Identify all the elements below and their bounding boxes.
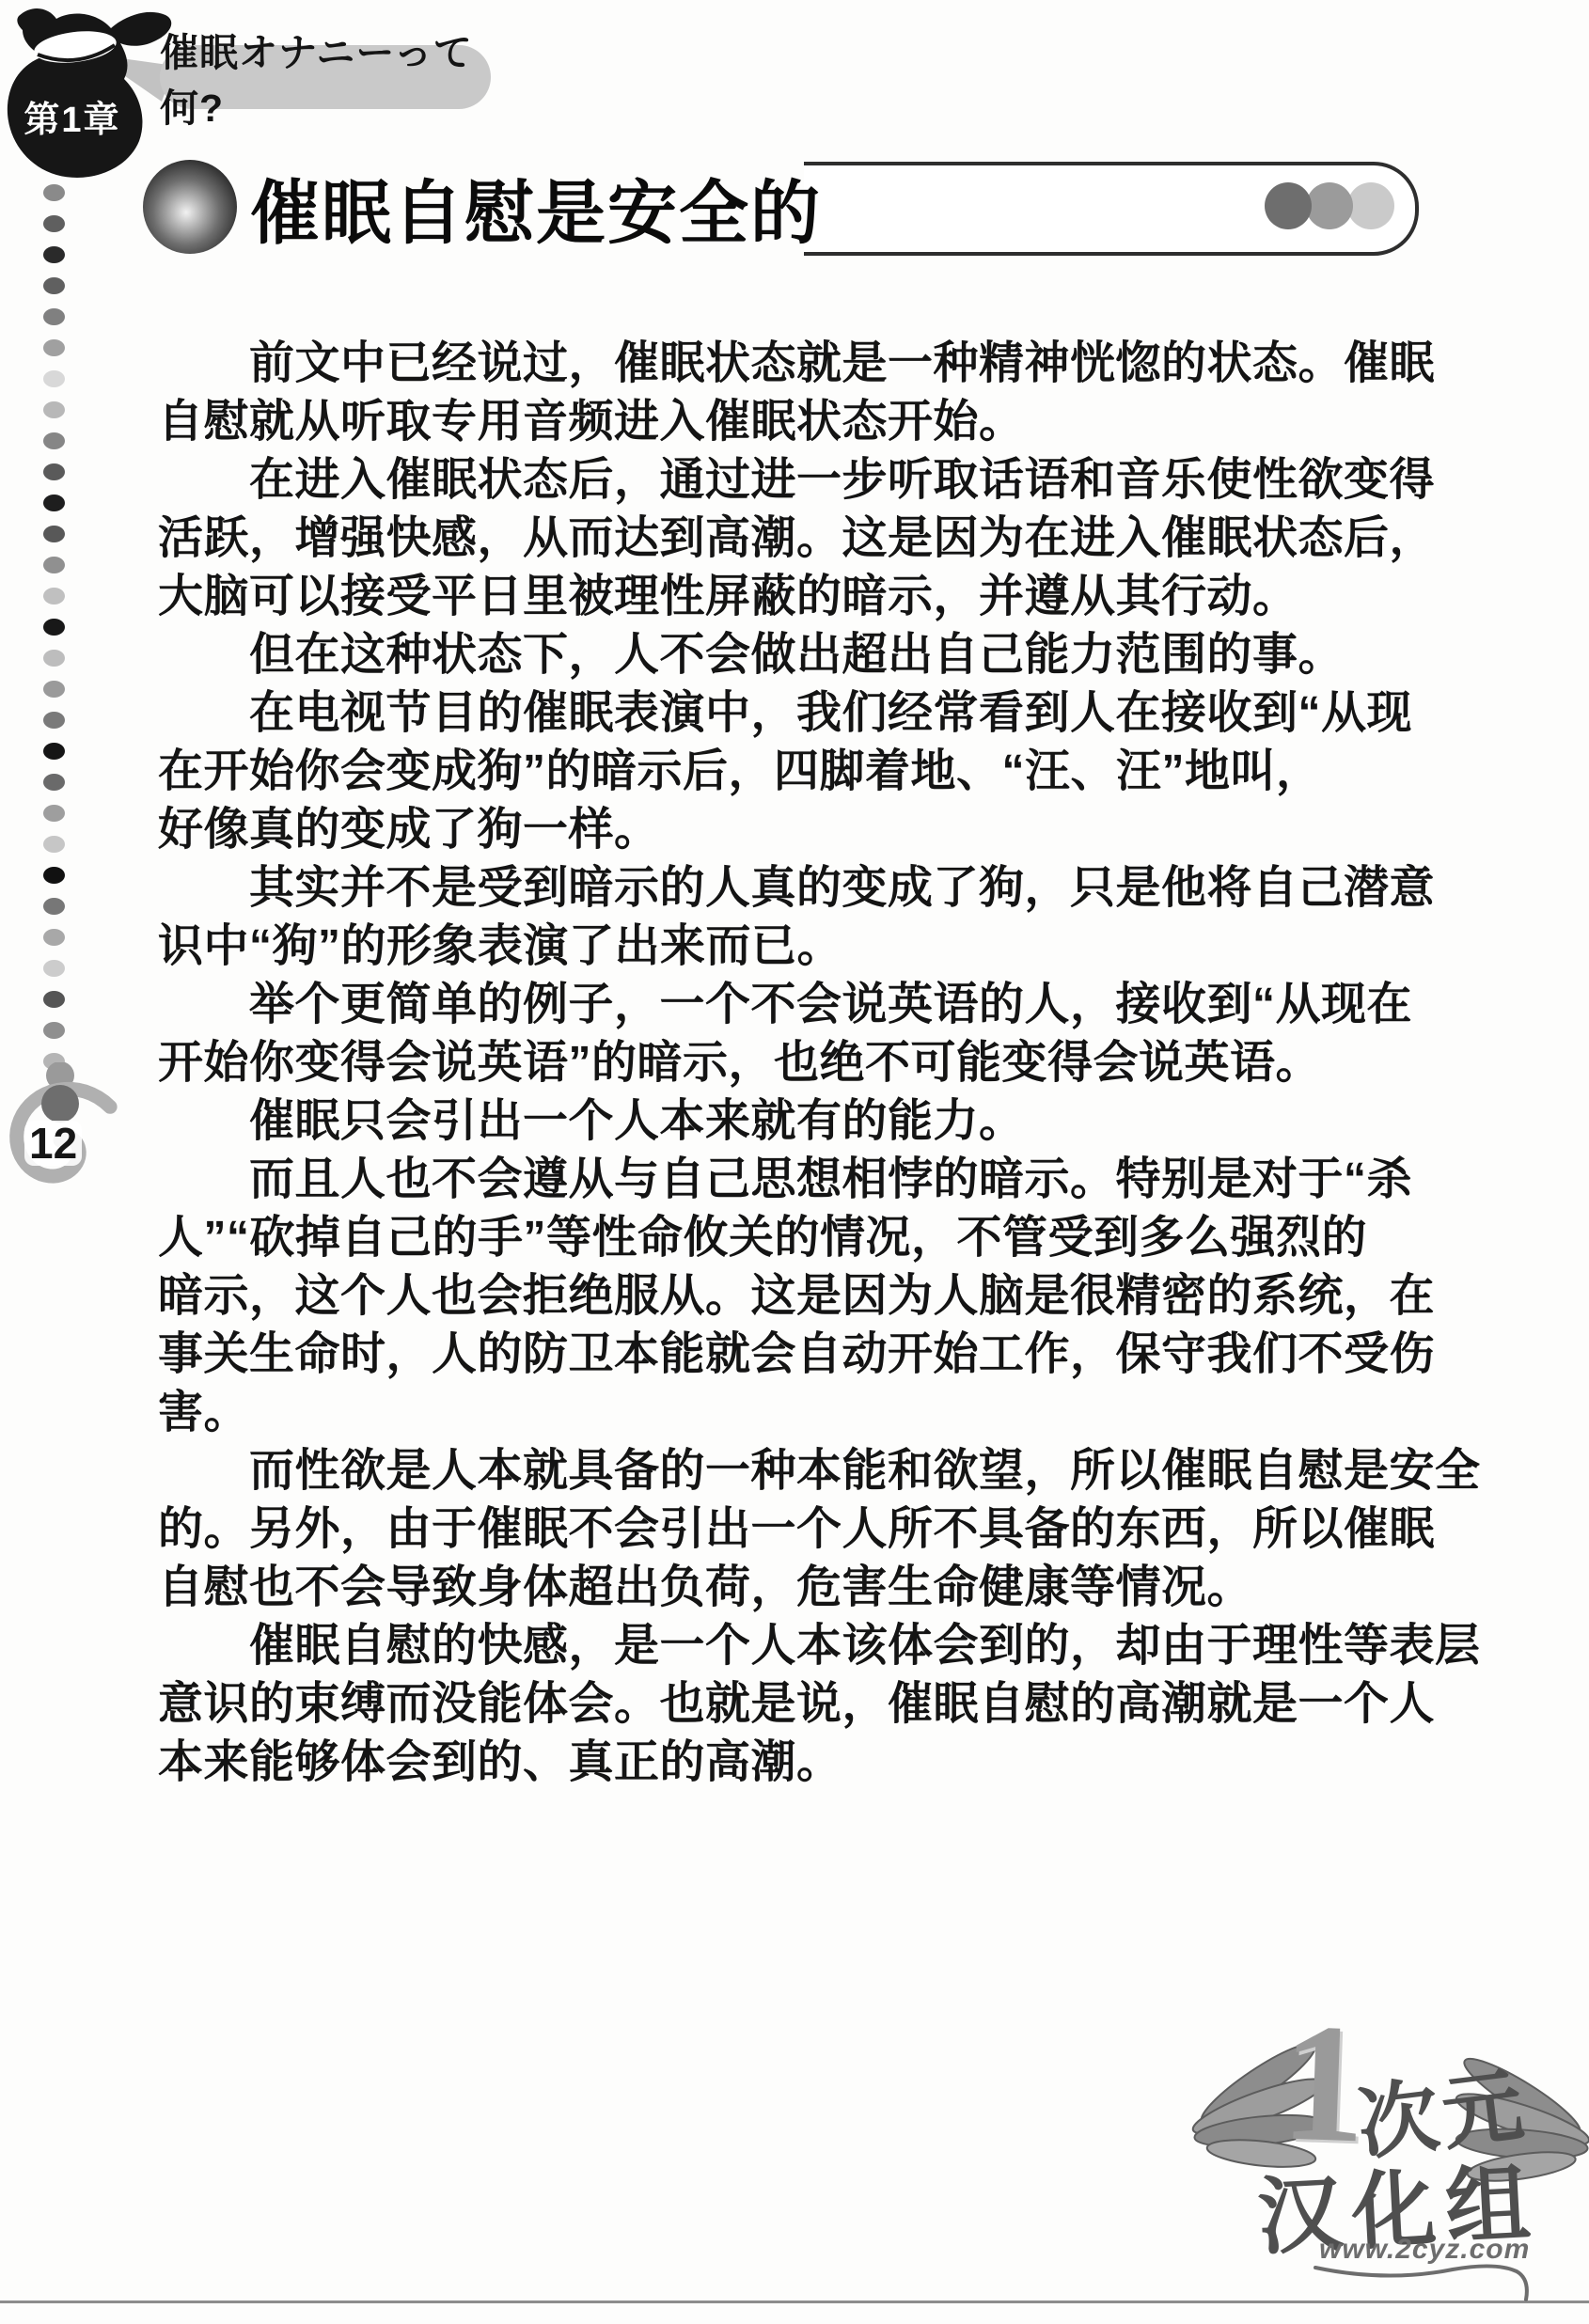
margin-dot — [43, 836, 65, 853]
body-line: 好像真的变成了狗一样。 — [158, 801, 1441, 859]
watermark-flourish — [1312, 2258, 1537, 2305]
body-line: 在电视节目的催眠表演中，我们经常看到人在接收到“从现 — [158, 684, 1441, 743]
margin-dot — [43, 215, 65, 232]
chapter-tab-label: 催眠オナニーって何? — [160, 22, 491, 133]
margin-dot — [43, 805, 65, 822]
body-line: 在开始你会变成狗”的暗示后，四脚着地、“汪、汪”地叫， — [158, 743, 1441, 801]
body-line: 大脑可以接受平日里被理性屏蔽的暗示，并遵从其行动。 — [158, 568, 1441, 626]
body-line: 前文中已经说过，催眠状态就是一种精神恍惚的状态。催眠 — [158, 335, 1441, 393]
scanlation-watermark: 1 次元 汉化组 www.2cyz.com — [1199, 2012, 1575, 2294]
margin-dot — [43, 557, 65, 573]
margin-dot — [43, 495, 65, 511]
body-line: 人”“砍掉自己的手”等性命攸关的情况，不管受到多么强烈的 — [158, 1209, 1441, 1267]
margin-dot — [43, 743, 65, 760]
margin-dot — [43, 681, 65, 698]
body-line: 举个更简单的例子，一个不会说英语的人，接收到“从现在 — [158, 976, 1441, 1034]
margin-dot — [43, 650, 65, 667]
body-line: 本来能够体会到的、真正的高潮。 — [158, 1734, 1441, 1792]
section-title: 催眠自慰是安全的 — [250, 158, 822, 258]
chapter-tab: 催眠オナニーって何? — [160, 45, 491, 109]
body-line: 催眠只会引出一个人本来就有的能力。 — [158, 1092, 1441, 1151]
margin-dot — [43, 184, 65, 201]
chapter-badge: 第1章 — [21, 90, 124, 142]
margin-dot — [43, 898, 65, 915]
body-line: 自慰也不会导致身体超出负荷，危害生命健康等情况。 — [158, 1559, 1441, 1617]
body-line: 在进入催眠状态后，通过进一步听取话语和音乐使性欲变得 — [158, 451, 1441, 510]
body-line: 开始你变得会说英语”的暗示，也绝不可能变得会说英语。 — [158, 1034, 1441, 1092]
margin-dot — [43, 588, 65, 605]
margin-dot — [43, 929, 65, 946]
body-line: 其实并不是受到暗示的人真的变成了狗，只是他将自己潜意 — [158, 859, 1441, 918]
margin-dot — [43, 960, 65, 977]
margin-dot — [43, 370, 65, 387]
capsule-dot — [1306, 182, 1353, 229]
body-line: 识中“狗”的形象表演了出来而已。 — [158, 918, 1441, 976]
body-line: 而性欲是人本就具备的一种本能和欲望，所以催眠自慰是安全 — [158, 1442, 1441, 1500]
body-line: 催眠自慰的快感，是一个人本该体会到的，却由于理性等表层 — [158, 1617, 1441, 1675]
spiral-top-dot — [41, 1085, 79, 1123]
body-line: 活跃，增强快感，从而达到高潮。这是因为在进入催眠状态后， — [158, 510, 1441, 568]
page-number: 12 — [24, 1121, 82, 1166]
margin-dot — [43, 401, 65, 418]
capsule-dot — [1265, 182, 1312, 229]
body-line: 但在这种状态下，人不会做出超出自己能力范围的事。 — [158, 626, 1441, 684]
margin-dot — [43, 308, 65, 325]
margin-dot — [43, 991, 65, 1008]
margin-dot — [43, 246, 65, 263]
margin-dot — [43, 526, 65, 542]
margin-dot — [43, 277, 65, 294]
margin-dot — [43, 774, 65, 791]
margin-dot — [43, 867, 65, 884]
body-line: 害。 — [158, 1384, 1441, 1442]
body-line: 而且人也不会遵从与自己思想相悖的暗示。特别是对于“杀 — [158, 1151, 1441, 1209]
body-line: 自慰就从听取专用音频进入催眠状态开始。 — [158, 393, 1441, 451]
bullet-sphere-icon — [143, 160, 237, 254]
margin-dot — [43, 1022, 65, 1039]
capsule-dot — [1347, 182, 1394, 229]
margin-dot — [43, 432, 65, 449]
body-line: 暗示，这个人也会拒绝服从。这是因为人脑是很精密的系统，在 — [158, 1267, 1441, 1326]
body-text: 前文中已经说过，催眠状态就是一种精神恍惚的状态。催眠自慰就从听取专用音频进入催眠… — [158, 335, 1441, 1792]
body-line: 意识的束缚而没能体会。也就是说，催眠自慰的高潮就是一个人 — [158, 1675, 1441, 1734]
body-line: 事关生命时，人的防卫本能就会自动开始工作，保守我们不受伤 — [158, 1326, 1441, 1384]
margin-dot — [43, 712, 65, 729]
margin-dot — [43, 463, 65, 480]
margin-dot — [43, 619, 65, 636]
body-line: 的。另外，由于催眠不会引出一个人所不具备的东西，所以催眠 — [158, 1500, 1441, 1559]
margin-dot — [43, 339, 65, 356]
